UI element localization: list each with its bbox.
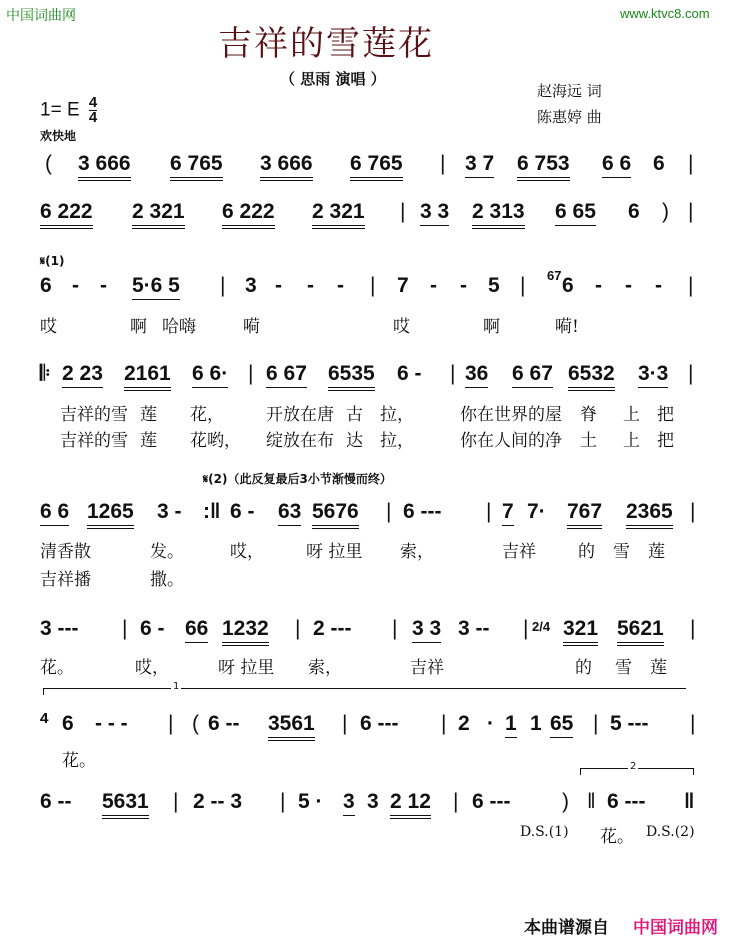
note-group: 3 3 xyxy=(412,617,441,643)
watermark-url: www.ktvc8.com xyxy=(620,6,710,21)
paren-open: ( xyxy=(45,152,52,176)
lyrics-line-8: D.S.(1) 花。 D.S.(2) xyxy=(40,822,700,844)
dot: · xyxy=(487,712,494,736)
lyric: 吉祥 xyxy=(502,537,536,562)
segno-marker-1: 𝄋(1) xyxy=(40,254,64,269)
lyric: 花， xyxy=(190,400,224,425)
lyric: 拉， xyxy=(380,426,414,451)
note: 2 --- xyxy=(313,617,352,641)
note-group: 6 6· xyxy=(192,362,228,388)
song-title: 吉祥的雪莲花 xyxy=(218,16,434,65)
lyric: 拉， xyxy=(380,400,414,425)
note: 6 --- xyxy=(472,790,511,814)
lyric: 雪 xyxy=(613,537,630,562)
paren-close: ) xyxy=(662,200,669,224)
double-barline: ‖ xyxy=(587,790,596,814)
lyrics-line-5-verse-2: 吉祥播 撒。 xyxy=(40,565,700,587)
lyric: 吉祥的雪 xyxy=(60,400,128,425)
score-line-8: 6 -- 5631 | 2 -- 3 | 5 · 3 3 2 12 | 6 --… xyxy=(40,790,700,820)
dash: - xyxy=(595,274,602,298)
note-group: 6 222 xyxy=(40,200,93,229)
time-signature-change: 2/4 xyxy=(532,619,550,634)
dash: - xyxy=(655,274,662,298)
lyric: 花。 xyxy=(600,822,634,847)
barline: | xyxy=(392,617,397,641)
lyric: 嗬! xyxy=(555,312,579,337)
note-group: 6532 xyxy=(568,362,615,391)
lyric: 花哟， xyxy=(190,426,241,451)
dash: - xyxy=(625,274,632,298)
note: 2 xyxy=(458,712,470,736)
lyrics-line-5-verse-1: 清香散 发。 哎， 呀 拉里 索， 吉祥 的 雪 莲 xyxy=(40,537,700,559)
lyric: 上 xyxy=(623,426,640,451)
barline: | xyxy=(688,274,693,298)
lyric: 花。 xyxy=(62,746,96,771)
composer-credit: 陈惠婷 曲 xyxy=(537,104,602,130)
note: 6 --- xyxy=(403,500,442,524)
time-signature: 4 4 xyxy=(89,96,97,125)
note-group: 3 666 xyxy=(78,152,131,181)
lyrics-line-6: 花。 哎， 呀 拉里 索， 吉祥 的 雪 莲 xyxy=(40,653,700,675)
tempo-marking: 欢快地 xyxy=(40,127,76,144)
lyric: 脊 xyxy=(580,400,597,425)
barline: | xyxy=(523,617,528,641)
note-group: 3·3 xyxy=(638,362,668,388)
barline: | xyxy=(520,274,525,298)
lyric: 哎， xyxy=(135,653,169,678)
note-group: 6 222 xyxy=(222,200,275,229)
source-site: 中国词曲网 xyxy=(633,913,718,938)
dash: - xyxy=(430,274,437,298)
note-group: 2365 xyxy=(626,500,673,529)
note: 6 - xyxy=(140,617,165,641)
note-group: 5676 xyxy=(312,500,359,529)
note-group: 36 xyxy=(465,362,488,388)
lyric: 达 xyxy=(346,426,363,451)
note: 3 - xyxy=(157,500,182,524)
time-sig-top: 4 xyxy=(89,96,97,110)
note-group: 1232 xyxy=(222,617,269,646)
note: 5 · xyxy=(298,790,323,814)
lyricist-credit: 赵海远 词 xyxy=(537,78,602,104)
lyric: 把 xyxy=(657,400,674,425)
note-group: 767 xyxy=(567,500,602,529)
note: 6 -- xyxy=(208,712,240,736)
lyric: 吉祥的雪 xyxy=(60,426,128,451)
barline: | xyxy=(220,274,225,298)
note-group: 2 23 xyxy=(62,362,103,388)
dash: - xyxy=(72,274,79,298)
lyric: 莲 xyxy=(140,426,157,451)
note-group: 321 xyxy=(563,617,598,646)
lyric: 哈嗨 xyxy=(162,312,196,337)
barline: | xyxy=(342,712,347,736)
dash: - xyxy=(275,274,282,298)
time-sig-bottom: 4 xyxy=(40,712,48,726)
lyric: 吉祥 xyxy=(410,653,444,678)
lyric: 的 xyxy=(575,653,592,678)
paren-close: ) xyxy=(562,790,569,814)
note-group: 5621 xyxy=(617,617,664,646)
note-group: 6 6 xyxy=(40,500,69,526)
lyric: 开放在唐 xyxy=(266,400,334,425)
note: 5 --- xyxy=(610,712,649,736)
watermark-site-name: 中国词曲网 xyxy=(6,5,76,25)
lyrics-line-3: 哎 啊 哈嗨 嗬 哎 啊 嗬! xyxy=(40,312,700,334)
lyric: 上 xyxy=(623,400,640,425)
lyric: 啊 xyxy=(130,312,147,337)
note: 3 xyxy=(343,790,355,816)
lyrics-line-4-verse-2: 吉祥的雪 莲 花哟， 绽放在布 达 拉， 你在人间的净 土 上 把 xyxy=(40,426,700,448)
note-group: 6 65 xyxy=(555,200,596,226)
note-group: 6 765 xyxy=(170,152,223,181)
note-group: 1265 xyxy=(87,500,134,529)
barline: | xyxy=(173,790,178,814)
volta-bracket-2: 2 xyxy=(580,768,694,775)
note: 6 xyxy=(40,274,52,298)
lyric: 你在世界的屋 xyxy=(460,400,562,425)
source-label: 本曲谱源自 xyxy=(524,913,609,938)
repeat-end: :‖ xyxy=(203,500,220,524)
barline: | xyxy=(248,362,253,386)
lyric: 把 xyxy=(657,426,674,451)
lyric: 嗬 xyxy=(243,312,260,337)
note-group: 3561 xyxy=(268,712,315,741)
barline: | xyxy=(486,500,491,524)
volta-label-2: 2 xyxy=(628,761,638,772)
barline: | xyxy=(122,617,127,641)
lyric: 哎 xyxy=(393,312,410,337)
note: 7 xyxy=(502,500,514,526)
final-barline: ‖ xyxy=(684,790,694,814)
time-sig-bottom: 4 xyxy=(89,110,97,125)
lyric: 呀 拉里 xyxy=(306,537,362,562)
note-group: 6 765 xyxy=(350,152,403,181)
lyric: 索， xyxy=(400,537,434,562)
dal-segno-1: D.S.(1) xyxy=(520,824,569,840)
lyric: 发。 xyxy=(150,537,184,562)
note-group: 65 xyxy=(550,712,573,738)
note-group: 2161 xyxy=(124,362,171,391)
note: 6 --- xyxy=(607,790,646,814)
barline: | xyxy=(280,790,285,814)
lyric: 清香散 xyxy=(40,537,91,562)
barline: | xyxy=(688,362,693,386)
credits: 赵海远 词 陈惠婷 曲 xyxy=(537,78,602,130)
volta-label-1: 1 xyxy=(171,681,181,692)
lyric: 莲 xyxy=(650,653,667,678)
note: 6 - xyxy=(397,362,422,386)
paren-open: ( xyxy=(192,712,199,736)
barline: | xyxy=(168,712,173,736)
note-group: 2 321 xyxy=(132,200,185,229)
note: 6 xyxy=(653,152,665,176)
note-group: 3 7 xyxy=(465,152,494,178)
barline: | xyxy=(450,362,455,386)
barline: | xyxy=(690,617,695,641)
barline: | xyxy=(386,500,391,524)
lyric: 的 xyxy=(578,537,595,562)
score-line-6: 3 --- | 6 - 66 1232 | 2 --- | 3 3 3 -- |… xyxy=(40,617,700,647)
note-group: 3 3 xyxy=(420,200,449,226)
barline: | xyxy=(295,617,300,641)
barline: | xyxy=(441,712,446,736)
note: 6 xyxy=(562,274,574,298)
lyric: 啊 xyxy=(483,312,500,337)
barline: | xyxy=(688,200,693,224)
lyric: 雪 xyxy=(615,653,632,678)
lyric: 莲 xyxy=(140,400,157,425)
barline: | xyxy=(690,500,695,524)
note: 1 xyxy=(530,712,542,736)
score-line-3: 6 - - 5·6 5 | 3 - - - | 7 - - 5 | 67 6 -… xyxy=(40,274,700,304)
lyric: 绽放在布 xyxy=(266,426,334,451)
note-group: 6 67 xyxy=(266,362,307,388)
singer-credit: （ 思雨 演唱 ） xyxy=(280,68,386,89)
lyric: 花。 xyxy=(40,653,74,678)
note-group: 6535 xyxy=(328,362,375,391)
barline: | xyxy=(370,274,375,298)
lyric: 哎 xyxy=(40,312,57,337)
score-line-5: 6 6 1265 3 - :‖ 6 - 63 5676 | 6 --- | 7 … xyxy=(40,500,700,530)
note-fermata: 6 xyxy=(62,712,74,736)
dash: - - - xyxy=(95,712,128,736)
note-group: 5·6 5 xyxy=(132,274,180,300)
lyric: 你在人间的净 xyxy=(460,426,562,451)
lyric: 莲 xyxy=(648,537,665,562)
note: 3 xyxy=(245,274,257,298)
note: 5 xyxy=(488,274,500,298)
dash: - xyxy=(307,274,314,298)
score-line-1: ( 3 666 6 765 3 666 6 765 | 3 7 6 753 6 … xyxy=(40,152,700,182)
volta-bracket-1: 1 xyxy=(43,688,686,695)
note: 6 xyxy=(628,200,640,224)
note: 1 xyxy=(505,712,517,738)
repeat-start: 𝄆 xyxy=(40,362,50,386)
note-group: 6 6 xyxy=(602,152,631,178)
barline: | xyxy=(400,200,405,224)
note: 3 xyxy=(367,790,379,814)
dash: - xyxy=(460,274,467,298)
barline: | xyxy=(688,152,693,176)
lyric: 哎， xyxy=(230,537,264,562)
score-line-2: 6 222 2 321 6 222 2 321 | 3 3 2 313 6 65… xyxy=(40,200,700,230)
barline: | xyxy=(453,790,458,814)
lyric: 吉祥播 xyxy=(40,565,91,590)
dal-segno-2: D.S.(2) xyxy=(646,824,695,840)
note-group: 5631 xyxy=(102,790,149,819)
note-group: 63 xyxy=(278,500,301,526)
barline: | xyxy=(440,152,445,176)
score-line-7: 4 4 6 - - - | ( 6 -- 3561 | 6 --- | 2 · … xyxy=(40,712,700,742)
note: 6 - xyxy=(230,500,255,524)
note-group: 2 313 xyxy=(472,200,525,229)
lyric: 古 xyxy=(346,400,363,425)
note-group: 6 67 xyxy=(512,362,553,388)
dash: - xyxy=(100,274,107,298)
note-group: 6 753 xyxy=(517,152,570,181)
score-line-4: 𝄆 2 23 2161 6 6· | 6 67 6535 6 - | 36 6 … xyxy=(40,362,700,392)
note: 3 -- xyxy=(458,617,490,641)
key-label: 1= E xyxy=(40,100,80,121)
key-signature: 1= E 4 4 xyxy=(40,96,97,125)
lyric: 索， xyxy=(308,653,342,678)
lyric: 呀 拉里 xyxy=(218,653,274,678)
lyrics-line-4-verse-1: 吉祥的雪 莲 花， 开放在唐 古 拉， 你在世界的屋 脊 上 把 xyxy=(40,400,700,422)
grace-notes: 67 xyxy=(547,268,561,283)
note: 3 --- xyxy=(40,617,79,641)
note: 6 -- xyxy=(40,790,72,814)
note-group: 3 666 xyxy=(260,152,313,181)
note-group: 2 321 xyxy=(312,200,365,229)
note: 2 -- 3 xyxy=(193,790,242,814)
lyrics-line-7: 花。 xyxy=(40,746,700,768)
lyric: 撒。 xyxy=(150,565,184,590)
barline: | xyxy=(690,712,695,736)
note: 7 xyxy=(397,274,409,298)
lyric: 土 xyxy=(580,426,597,451)
note: 6 --- xyxy=(360,712,399,736)
note-group: 2 12 xyxy=(390,790,431,819)
barline: | xyxy=(593,712,598,736)
segno-marker-2: 𝄋(2)（此反复最后3小节渐慢而终） xyxy=(203,470,392,487)
note-group: 66 xyxy=(185,617,208,643)
note: 7· xyxy=(527,500,546,524)
dash: - xyxy=(337,274,344,298)
